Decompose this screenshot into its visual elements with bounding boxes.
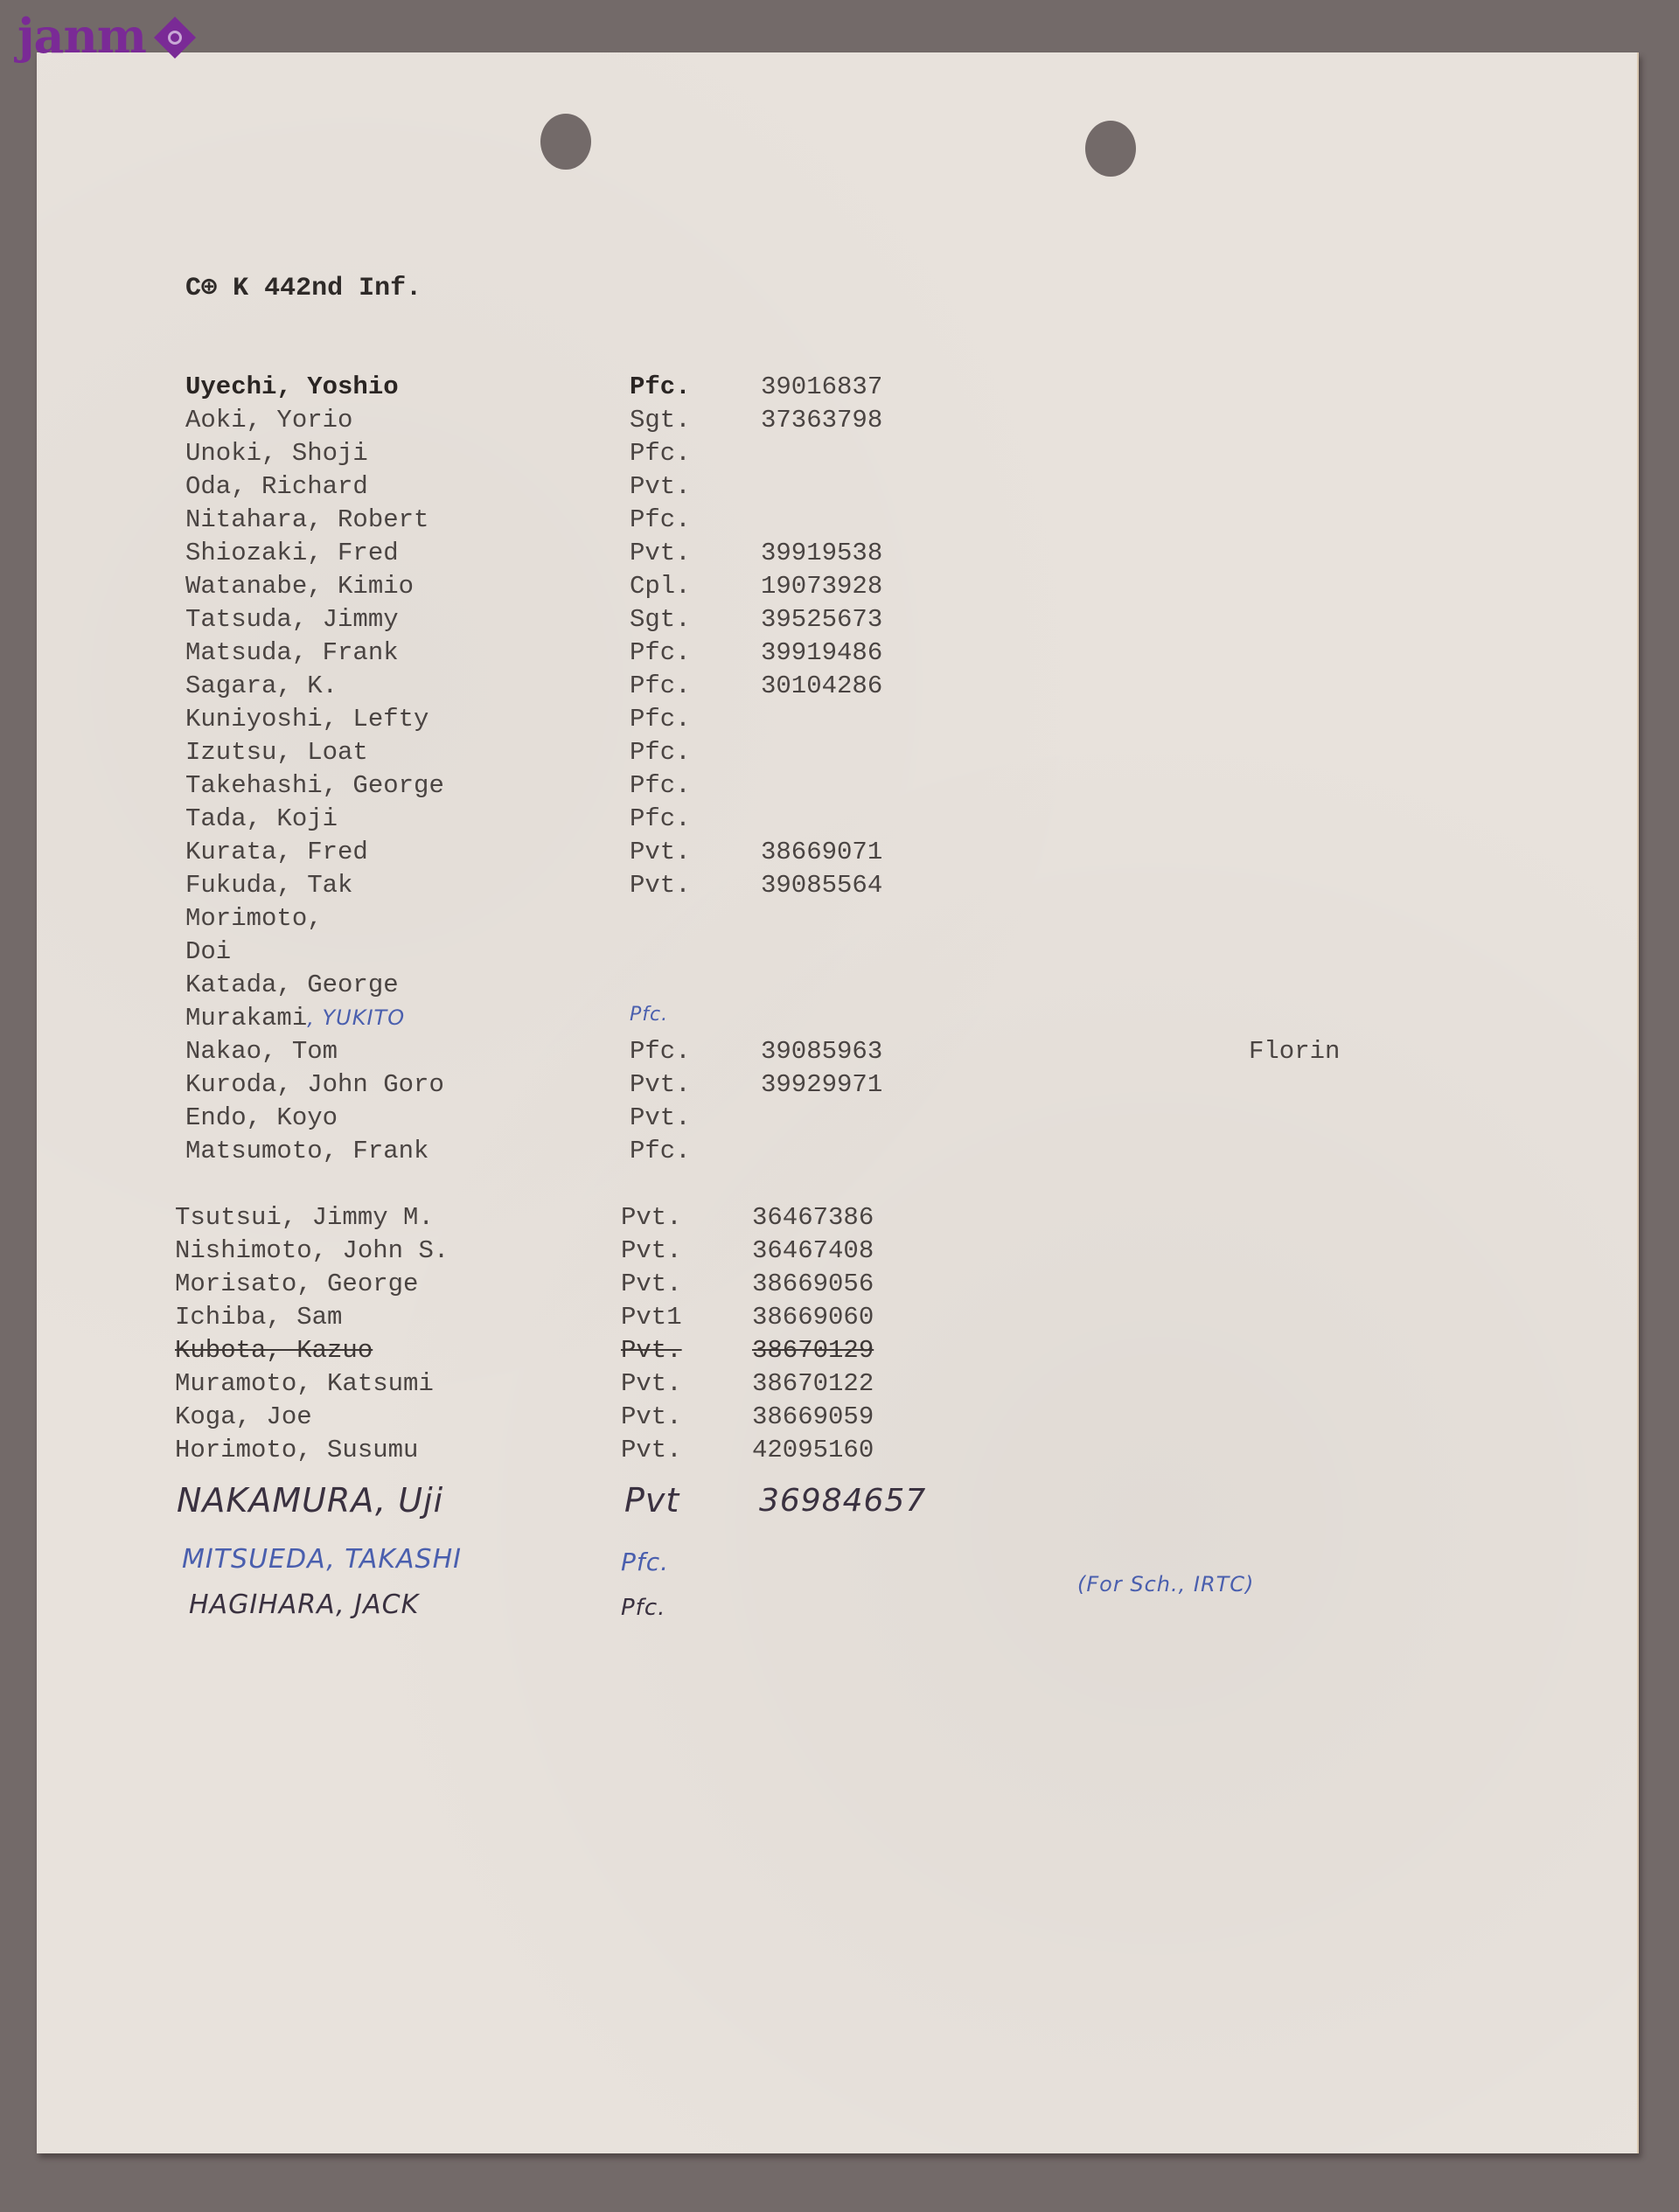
page-title: C⊕ K 442nd Inf. [185, 271, 421, 303]
handwritten-row: NAKAMURA, Uji [177, 1481, 443, 1522]
handwritten-row: HAGIHARA, JACK [189, 1589, 419, 1622]
handwritten-serial: 36984657 [759, 1483, 926, 1520]
punch-hole [540, 114, 591, 170]
handwritten-rank: Pfc. [621, 1548, 669, 1578]
janm-logo: janm [17, 12, 190, 59]
janm-diamond-crest-icon [154, 17, 196, 59]
document-page: C⊕ K 442nd Inf. Uyechi, YoshioPfc.390168… [37, 52, 1639, 2153]
margin-note: (For Sch., IRTC) [1077, 1572, 1254, 1596]
location-note: Florin [1249, 1037, 1340, 1066]
logo-text: janm [17, 12, 146, 59]
punch-hole [1085, 121, 1136, 177]
handwritten-rank: Pvt [624, 1481, 679, 1522]
handwritten-rank: Pfc. [621, 1595, 665, 1622]
handwritten-row: MITSUEDA, TAKASHI [182, 1544, 462, 1576]
